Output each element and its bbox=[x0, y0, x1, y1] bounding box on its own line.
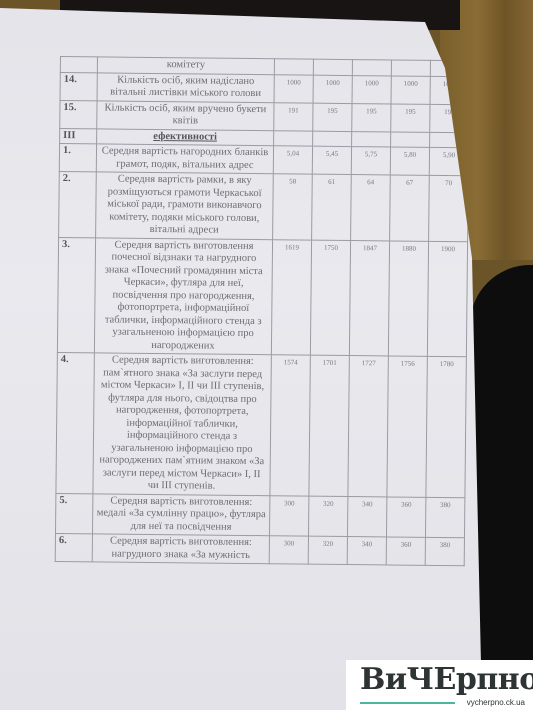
indicator-value: 64 bbox=[351, 175, 391, 241]
logo-text: ВиЧЕрпно bbox=[360, 662, 533, 697]
indicator-value bbox=[391, 60, 430, 76]
indicator-value: 195 bbox=[352, 103, 391, 131]
table-row: 1.Середня вартість нагородних бланків гр… bbox=[59, 144, 468, 176]
site-watermark-logo: ВиЧЕрпно vycherpno.ck.ua bbox=[346, 660, 533, 710]
document-page: комітету14.Кількість осіб, яким надіслан… bbox=[0, 8, 488, 710]
indicator-value: 1756 bbox=[387, 356, 427, 497]
indicator-description: Середня вартість виготовлення: нагрудног… bbox=[92, 534, 269, 564]
indicator-description: Середня вартість виготовлення: медалі «З… bbox=[92, 493, 269, 535]
indicator-description: Кількість осіб, яким вручено букети квіт… bbox=[97, 100, 274, 130]
indicator-value: 300 bbox=[269, 495, 308, 536]
indicator-value: 67 bbox=[390, 175, 430, 241]
indicator-value: 1701 bbox=[309, 355, 349, 496]
indicator-description: Середня вартість виготовлення: пам`ятног… bbox=[93, 353, 271, 495]
indicator-value: 5,75 bbox=[351, 147, 390, 175]
table-row: 14.Кількість осіб, яким надіслано віталь… bbox=[60, 72, 469, 104]
table-row: 3.Середня вартість виготовлення почесної… bbox=[57, 237, 467, 357]
row-number: 2. bbox=[59, 171, 97, 237]
indicator-description: Середня вартість нагородних бланків грам… bbox=[96, 144, 273, 174]
row-number: 1. bbox=[59, 144, 96, 172]
indicator-value: 1900 bbox=[427, 241, 467, 357]
table-row: 6.Середня вартість виготовлення: нагрудн… bbox=[55, 533, 464, 565]
indicator-description: Середня вартість рамки, в яку розміщують… bbox=[96, 172, 274, 239]
indicator-value: 1880 bbox=[388, 240, 428, 356]
table-row: 5.Середня вартість виготовлення: медалі … bbox=[55, 493, 464, 538]
row-number: 14. bbox=[60, 72, 97, 100]
row-number: 4. bbox=[56, 352, 94, 493]
indicator-value bbox=[274, 59, 313, 75]
indicator-value: 1619 bbox=[271, 239, 311, 355]
indicator-value: 340 bbox=[347, 496, 386, 537]
indicator-value bbox=[313, 59, 352, 75]
indicator-value: 195 bbox=[391, 103, 430, 131]
indicator-value: 1574 bbox=[270, 355, 310, 496]
indicator-value: 191 bbox=[274, 102, 313, 130]
table-row: 4.Середня вартість виготовлення: пам`ятн… bbox=[56, 352, 466, 497]
section-heading: ефективності bbox=[97, 128, 274, 145]
indicator-description: Кількість осіб, яким надіслано вітальні … bbox=[97, 72, 274, 102]
indicator-value bbox=[313, 131, 352, 147]
indicator-description: комітету bbox=[97, 57, 274, 74]
row-number bbox=[60, 57, 97, 73]
row-number: 5. bbox=[55, 493, 92, 534]
row-number: 15. bbox=[60, 100, 97, 128]
indicator-value: 61 bbox=[312, 174, 352, 240]
indicator-value: 320 bbox=[308, 536, 347, 564]
row-number: III bbox=[60, 128, 97, 144]
indicator-value: 1000 bbox=[391, 75, 430, 103]
logo-underline bbox=[360, 702, 455, 704]
indicator-value: 1750 bbox=[310, 240, 350, 356]
table-row: 2.Середня вартість рамки, в яку розміщую… bbox=[59, 171, 469, 241]
indicator-value: 380 bbox=[425, 537, 464, 565]
row-number: 6. bbox=[55, 533, 92, 561]
logo-url: vycherpno.ck.ua bbox=[467, 698, 525, 707]
indicator-value: 5,45 bbox=[312, 146, 351, 174]
indicator-value: 360 bbox=[386, 537, 425, 565]
indicator-value: 380 bbox=[425, 497, 464, 538]
budget-indicators-table: комітету14.Кількість осіб, яким надіслан… bbox=[55, 56, 470, 566]
indicator-value: 340 bbox=[347, 537, 386, 565]
indicator-value bbox=[391, 131, 430, 147]
indicator-value: 1847 bbox=[349, 240, 389, 356]
indicator-value: 5,80 bbox=[390, 147, 429, 175]
indicator-value: 58 bbox=[273, 174, 313, 240]
indicator-value: 1727 bbox=[348, 356, 388, 497]
indicator-value: 300 bbox=[269, 536, 308, 564]
indicator-value bbox=[352, 60, 391, 76]
indicator-value: 1000 bbox=[352, 75, 391, 103]
indicator-value: 1780 bbox=[426, 356, 466, 497]
row-number: 3. bbox=[57, 237, 95, 353]
indicator-description: Середня вартість виготовлення почесної в… bbox=[94, 237, 272, 354]
indicator-value: 1000 bbox=[274, 74, 313, 102]
indicator-value: 320 bbox=[308, 496, 347, 537]
indicator-value bbox=[274, 130, 313, 146]
indicator-value bbox=[352, 131, 391, 147]
indicator-value: 5,04 bbox=[273, 146, 312, 174]
table-row: 15.Кількість осіб, яким вручено букети к… bbox=[60, 100, 469, 132]
indicator-value: 195 bbox=[313, 103, 352, 131]
indicator-value: 1000 bbox=[313, 75, 352, 103]
indicator-value: 360 bbox=[386, 496, 425, 537]
